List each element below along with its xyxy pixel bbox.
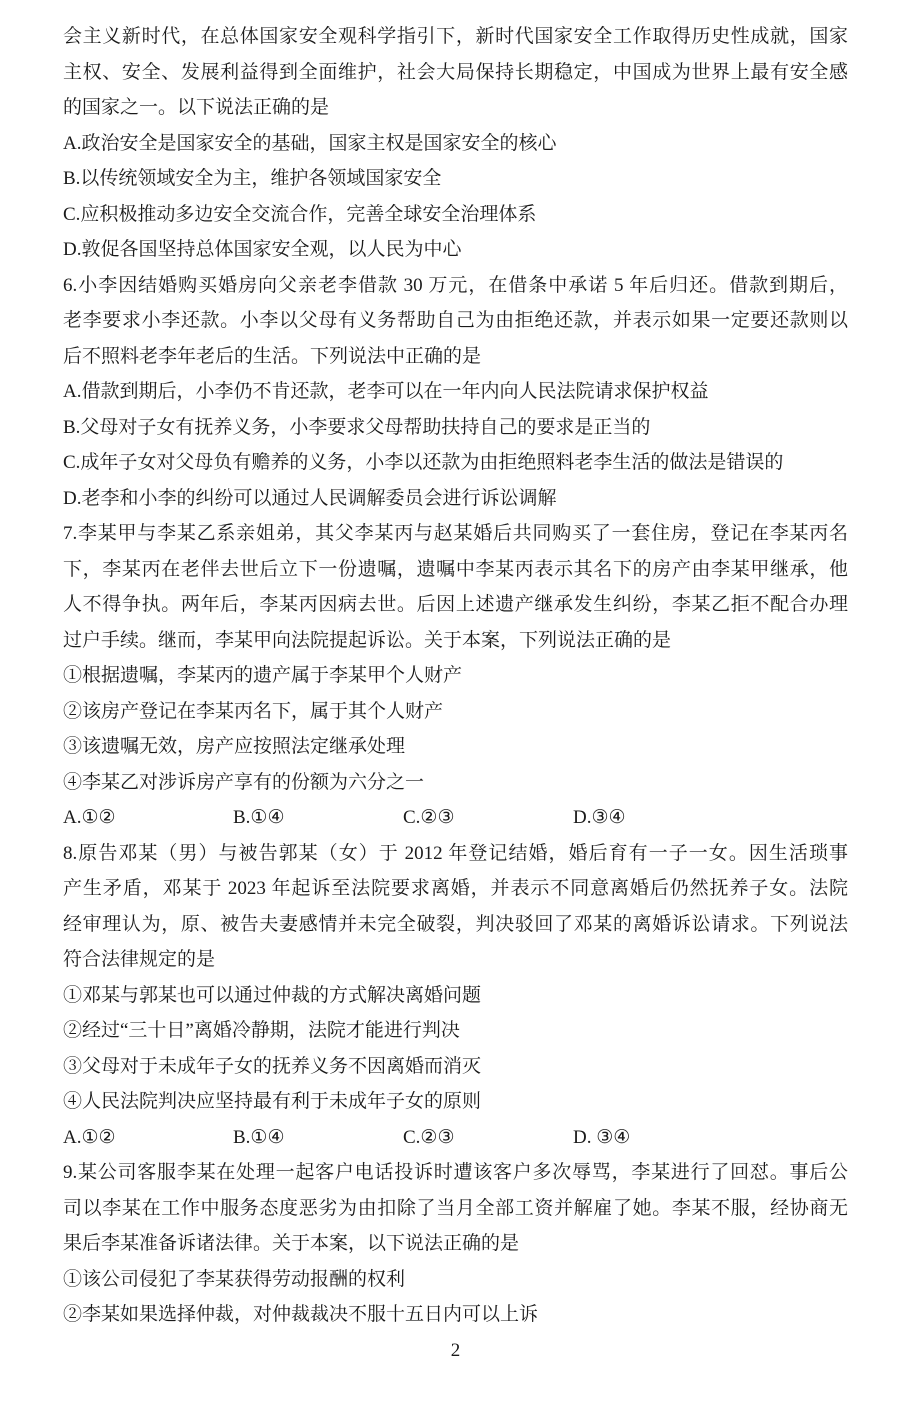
answer-choice: A.①② xyxy=(63,1120,233,1156)
text-line: ①邓某与郭某也可以通过仲裁的方式解决离婚问题 xyxy=(63,978,848,1014)
answer-choice: C.②③ xyxy=(403,1120,573,1156)
text-line: ①该公司侵犯了李某获得劳动报酬的权利 xyxy=(63,1262,848,1298)
text-line: ③该遗嘱无效，房产应按照法定继承处理 xyxy=(63,729,848,765)
answer-choice-row: A.①②B.①④C.②③D.③④ xyxy=(63,800,848,836)
text-line: 经审理认为，原、被告夫妻感情并未完全破裂，判决驳回了邓某的离婚诉讼请求。下列说法 xyxy=(63,907,848,943)
text-line: ②该房产登记在李某丙名下，属于其个人财产 xyxy=(63,694,848,730)
text-line: 果后李某准备诉诸法律。关于本案，以下说法正确的是 xyxy=(63,1226,848,1262)
text-line: 6.小李因结婚购买婚房向父亲老李借款 30 万元，在借条中承诺 5 年后归还。借… xyxy=(63,268,848,304)
text-line: 司以李某在工作中服务态度恶劣为由扣除了当月全部工资并解雇了她。李某不服，经协商无 xyxy=(63,1191,848,1227)
answer-choice: B.①④ xyxy=(233,800,403,836)
text-line: 8.原告邓某（男）与被告郭某（女）于 2012 年登记结婚，婚后育有一子一女。因… xyxy=(63,836,848,872)
text-line: D.老李和小李的纠纷可以通过人民调解委员会进行诉讼调解 xyxy=(63,481,848,517)
text-line: 会主义新时代，在总体国家安全观科学指引下，新时代国家安全工作取得历史性成就，国家 xyxy=(63,19,848,55)
text-line: ④李某乙对涉诉房产享有的份额为六分之一 xyxy=(63,765,848,801)
answer-choice-row: A.①②B.①④C.②③D. ③④ xyxy=(63,1120,848,1156)
answer-choice: B.①④ xyxy=(233,1120,403,1156)
answer-choice: D. ③④ xyxy=(573,1120,630,1156)
text-line: 的国家之一。以下说法正确的是 xyxy=(63,90,848,126)
text-line: 9.某公司客服李某在处理一起客户电话投诉时遭该客户多次辱骂，李某进行了回怼。事后… xyxy=(63,1155,848,1191)
text-line: 符合法律规定的是 xyxy=(63,942,848,978)
text-line: 下，李某丙在老伴去世后立下一份遗嘱，遗嘱中李某丙表示其名下的房产由李某甲继承，他 xyxy=(63,552,848,588)
text-line: 7.李某甲与李某乙系亲姐弟，其父李某丙与赵某婚后共同购买了一套住房，登记在李某丙… xyxy=(63,516,848,552)
text-line: 过户手续。继而，李某甲向法院提起诉讼。关于本案，下列说法正确的是 xyxy=(63,623,848,659)
text-line: ④人民法院判决应坚持最有利于未成年子女的原则 xyxy=(63,1084,848,1120)
text-line: A.政治安全是国家安全的基础，国家主权是国家安全的核心 xyxy=(63,126,848,162)
answer-choice: C.②③ xyxy=(403,800,573,836)
text-line: ③父母对于未成年子女的抚养义务不因离婚而消灭 xyxy=(63,1049,848,1085)
page-number: 2 xyxy=(63,1333,848,1369)
text-line: C.成年子女对父母负有赡养的义务，小李以还款为由拒绝照料老李生活的做法是错误的 xyxy=(63,445,848,481)
text-line: B.以传统领域安全为主，维护各领域国家安全 xyxy=(63,161,848,197)
text-line: 后不照料老李年老后的生活。下列说法中正确的是 xyxy=(63,339,848,375)
text-line: ②经过“三十日”离婚冷静期，法院才能进行判决 xyxy=(63,1013,848,1049)
text-line: 人不得争执。两年后，李某丙因病去世。后因上述遗产继承发生纠纷，李某乙拒不配合办理 xyxy=(63,587,848,623)
text-line: A.借款到期后，小李仍不肯还款，老李可以在一年内向人民法院请求保护权益 xyxy=(63,374,848,410)
text-line: 主权、安全、发展利益得到全面维护，社会大局保持长期稳定，中国成为世界上最有安全感 xyxy=(63,55,848,91)
exam-paper-page: 会主义新时代，在总体国家安全观科学指引下，新时代国家安全工作取得历史性成就，国家… xyxy=(0,0,900,1368)
answer-choice: D.③④ xyxy=(573,800,626,836)
text-line: B.父母对子女有抚养义务，小李要求父母帮助扶持自己的要求是正当的 xyxy=(63,410,848,446)
document-text: 会主义新时代，在总体国家安全观科学指引下，新时代国家安全工作取得历史性成就，国家… xyxy=(63,19,848,1333)
text-line: ①根据遗嘱，李某丙的遗产属于李某甲个人财产 xyxy=(63,658,848,694)
text-line: 老李要求小李还款。小李以父母有义务帮助自己为由拒绝还款，并表示如果一定要还款则以 xyxy=(63,303,848,339)
answer-choice: A.①② xyxy=(63,800,233,836)
text-line: C.应积极推动多边安全交流合作，完善全球安全治理体系 xyxy=(63,197,848,233)
text-line: D.敦促各国坚持总体国家安全观，以人民为中心 xyxy=(63,232,848,268)
text-line: ②李某如果选择仲裁，对仲裁裁决不服十五日内可以上诉 xyxy=(63,1297,848,1333)
text-line: 产生矛盾，邓某于 2023 年起诉至法院要求离婚，并表示不同意离婚后仍然抚养子女… xyxy=(63,871,848,907)
